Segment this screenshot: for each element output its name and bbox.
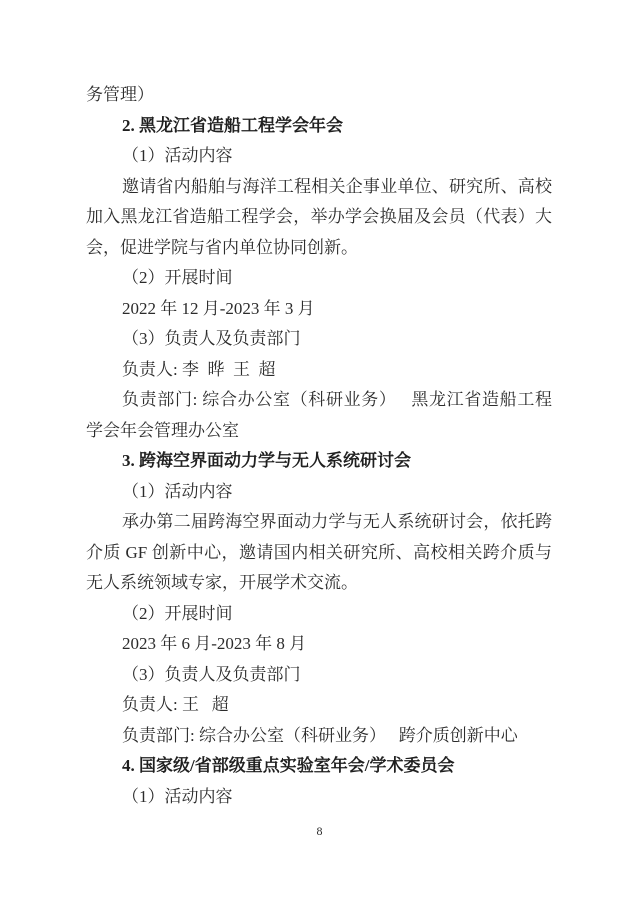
text-line: 邀请省内船舶与海洋工程相关企事业单位、研究所、高校: [86, 172, 552, 203]
section-heading-line: 4. 国家级/省部级重点实验室年会/学术委员会: [86, 751, 552, 782]
text-line: 学会年会管理办公室: [86, 416, 552, 447]
document-page: 务管理）2. 黑龙江省造船工程学会年会（1）活动内容邀请省内船舶与海洋工程相关企…: [0, 0, 639, 905]
text-line: 承办第二届跨海空界面动力学与无人系统研讨会，依托跨: [86, 507, 552, 538]
text-line: 负责人: 王 超: [86, 690, 552, 721]
text-line: 务管理）: [86, 80, 552, 111]
text-line: （1）活动内容: [86, 782, 552, 813]
text-line: （2）开展时间: [86, 263, 552, 294]
section-heading-line: 2. 黑龙江省造船工程学会年会: [86, 111, 552, 142]
text-line: 负责部门: 综合办公室（科研业务） 黑龙江省造船工程: [86, 385, 552, 416]
text-line: 负责部门: 综合办公室（科研业务） 跨介质创新中心: [86, 721, 552, 752]
page-number: 8: [0, 824, 639, 839]
text-line: 无人系统领域专家，开展学术交流。: [86, 568, 552, 599]
text-line: 会，促进学院与省内单位协同创新。: [86, 233, 552, 264]
text-line: 2022 年 12 月-2023 年 3 月: [86, 294, 552, 325]
text-line: （1）活动内容: [86, 141, 552, 172]
text-line: （3）负责人及负责部门: [86, 324, 552, 355]
text-line: 加入黑龙江省造船工程学会，举办学会换届及会员（代表）大: [86, 202, 552, 233]
text-line: 介质 GF 创新中心，邀请国内相关研究所、高校相关跨介质与: [86, 538, 552, 569]
text-line: （3）负责人及负责部门: [86, 660, 552, 691]
text-line: （1）活动内容: [86, 477, 552, 508]
text-line: 2023 年 6 月-2023 年 8 月: [86, 629, 552, 660]
text-line: （2）开展时间: [86, 599, 552, 630]
document-body: 务管理）2. 黑龙江省造船工程学会年会（1）活动内容邀请省内船舶与海洋工程相关企…: [86, 80, 552, 812]
section-heading-line: 3. 跨海空界面动力学与无人系统研讨会: [86, 446, 552, 477]
text-line: 负责人: 李 晔 王 超: [86, 355, 552, 386]
